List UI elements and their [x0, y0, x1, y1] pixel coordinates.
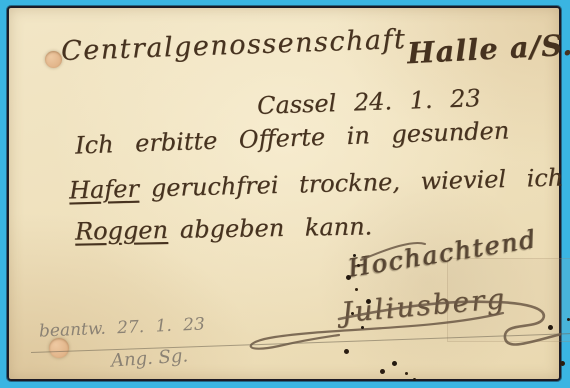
body-line-2-rest: geruchfrei trockne, wieviel ich [150, 164, 563, 203]
ink-specks [353, 254, 356, 257]
city-name: Halle a/S. [406, 28, 570, 71]
organization-name: Centralgenossenschaft [61, 24, 407, 67]
dateline: Cassel 24. 1. 23 [257, 84, 482, 120]
postcard: Centralgenossenschaft Halle a/S. Cassel … [7, 6, 561, 381]
body-line-1: Ich erbitte Offerte in gesunden [75, 116, 510, 159]
pencil-initials: Ang. Sg. [110, 345, 188, 371]
punch-hole-top [45, 51, 62, 68]
body-line-2: Hafergeruchfrei trockne, wieviel ich [69, 164, 564, 205]
body-line-3: Roggenabgeben kann. [75, 212, 373, 245]
underlined-word-roggen: Roggen [75, 216, 168, 246]
underlined-word-hafer: Hafer [69, 175, 140, 205]
pencil-reply-note: beantw. 27. 1. 23 [39, 314, 206, 341]
body-line-3-rest: abgeben kann. [180, 212, 373, 243]
scan-background: Centralgenossenschaft Halle a/S. Cassel … [0, 0, 570, 388]
